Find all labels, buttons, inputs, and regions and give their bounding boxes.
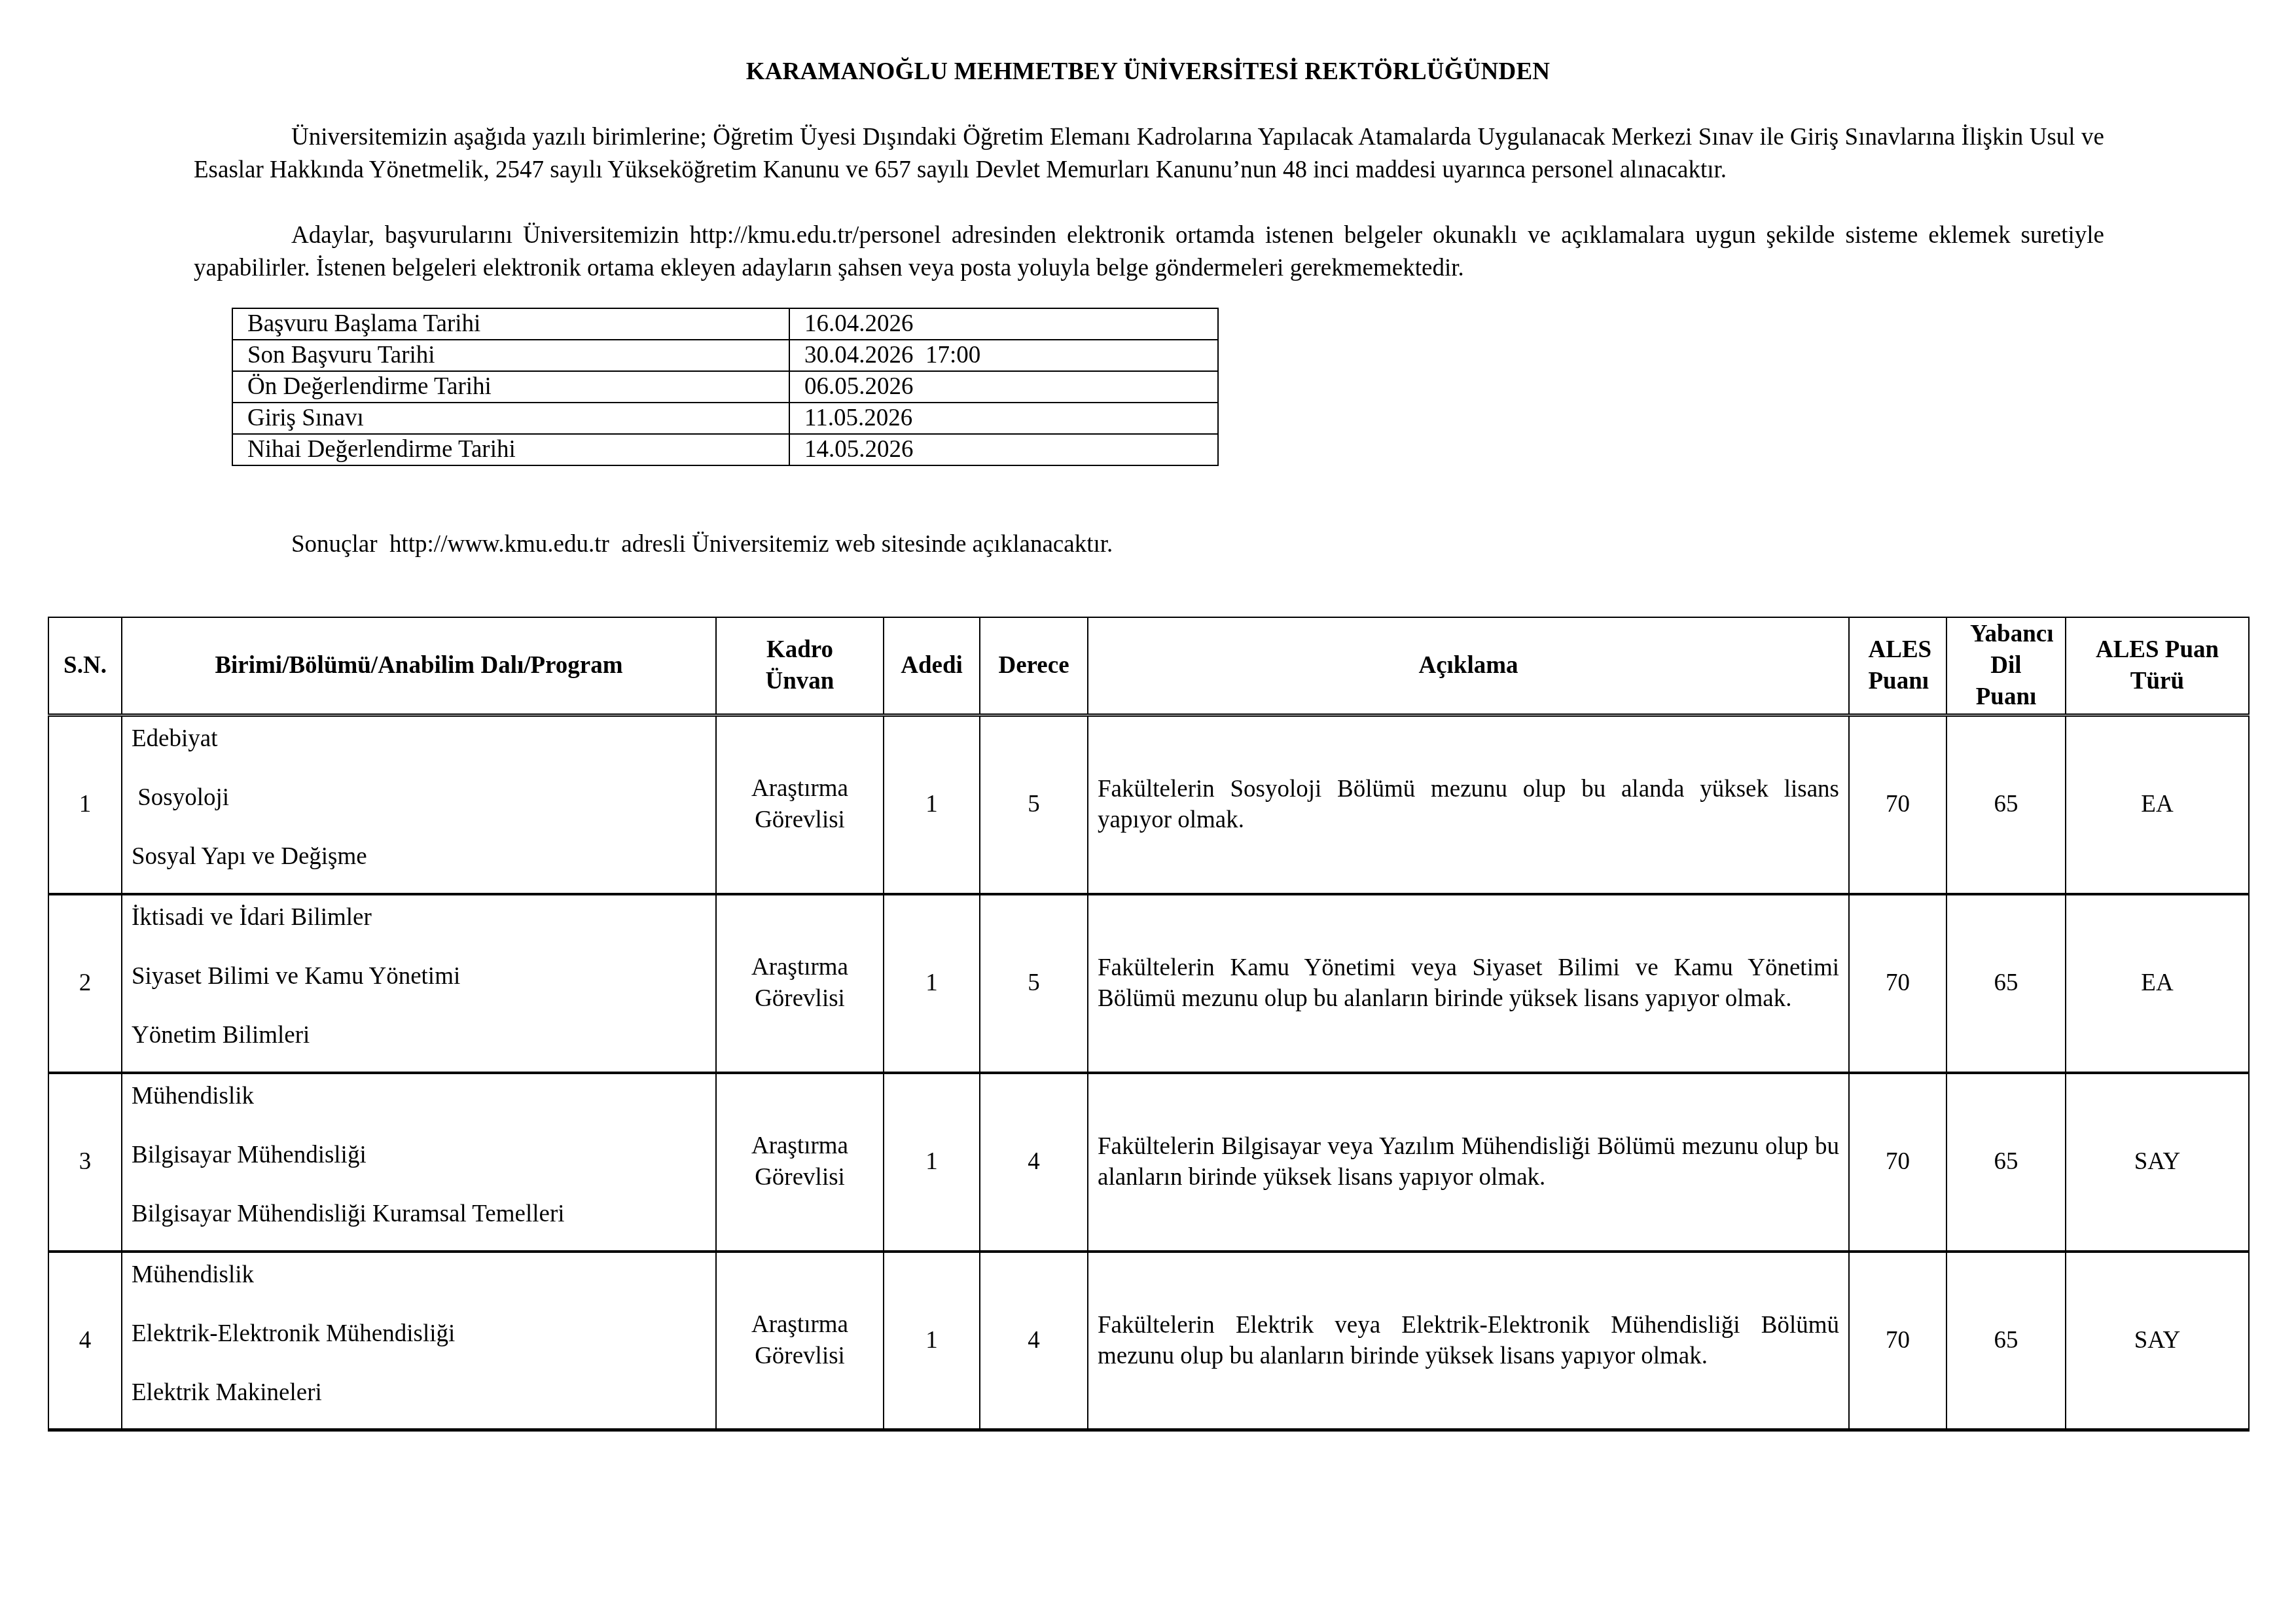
cell-description: Fakültelerin Bilgisayar veya Yazılım Müh… bbox=[1088, 1073, 1849, 1252]
cell-title-text: Araştırma Görevlisi bbox=[747, 1130, 852, 1193]
dates-row: Nihai Değerlendirme Tarihi 14.05.2026 bbox=[232, 434, 1218, 465]
table-row: 1 Edebiyat Sosyoloji Sosyal Yapı ve Deği… bbox=[48, 715, 2249, 894]
intro-paragraph-2: Adaylar, başvurularını Üniversitemizin h… bbox=[194, 219, 2104, 285]
table-header-row: S.N. Birimi/Bölümü/Anabilim Dalı/Program… bbox=[48, 617, 2249, 715]
dates-row: Başvuru Başlama Tarihi 16.04.2026 bbox=[232, 308, 1218, 340]
cell-count: 1 bbox=[884, 894, 980, 1073]
unit-faculty: Mühendislik bbox=[132, 1083, 709, 1142]
col-header-description: Açıklama bbox=[1088, 617, 1849, 715]
cell-ales-type: EA bbox=[2066, 715, 2249, 894]
dates-table: Başvuru Başlama Tarihi 16.04.2026 Son Ba… bbox=[232, 308, 1219, 466]
cell-ales: 70 bbox=[1849, 715, 1946, 894]
cell-unit: Mühendislik Bilgisayar Mühendisliği Bilg… bbox=[122, 1073, 716, 1252]
date-label: Son Başvuru Tarihi bbox=[232, 340, 789, 371]
date-value: 16.04.2026 bbox=[789, 308, 1218, 340]
col-header-count: Adedi bbox=[884, 617, 980, 715]
cell-title-text: Araştırma Görevlisi bbox=[747, 1309, 852, 1372]
intro-paragraph-1: Üniversitemizin aşağıda yazılı birimleri… bbox=[194, 121, 2104, 187]
unit-program: Sosyal Yapı ve Değişme bbox=[132, 844, 709, 883]
col-header-title: Kadro Ünvan bbox=[716, 617, 884, 715]
cell-language: 65 bbox=[1946, 1252, 2066, 1430]
unit-faculty: Edebiyat bbox=[132, 726, 709, 785]
cell-language: 65 bbox=[1946, 1073, 2066, 1252]
cell-title-text: Araştırma Görevlisi bbox=[747, 773, 852, 836]
col-header-grade: Derece bbox=[980, 617, 1088, 715]
dates-row: Son Başvuru Tarihi 30.04.2026 17:00 bbox=[232, 340, 1218, 371]
unit-program: Bilgisayar Mühendisliği Kuramsal Temelle… bbox=[132, 1201, 709, 1240]
col-header-ales-type: ALES Puan Türü bbox=[2066, 617, 2249, 715]
cell-title: Araştırma Görevlisi bbox=[716, 715, 884, 894]
document-title: KARAMANOĞLU MEHMETBEY ÜNİVERSİTESİ REKTÖ… bbox=[0, 58, 2296, 86]
cell-unit: Edebiyat Sosyoloji Sosyal Yapı ve Değişm… bbox=[122, 715, 716, 894]
cell-count: 1 bbox=[884, 715, 980, 894]
cell-grade: 4 bbox=[980, 1073, 1088, 1252]
cell-ales: 70 bbox=[1849, 894, 1946, 1073]
unit-program: Yönetim Bilimleri bbox=[132, 1022, 709, 1062]
unit-program: Elektrik Makineleri bbox=[132, 1380, 709, 1419]
unit-department: Bilgisayar Mühendisliği bbox=[132, 1142, 709, 1201]
cell-description: Fakültelerin Kamu Yönetimi veya Siyaset … bbox=[1088, 894, 1849, 1073]
cell-title: Araştırma Görevlisi bbox=[716, 894, 884, 1073]
cell-grade: 4 bbox=[980, 1252, 1088, 1430]
cell-ales: 70 bbox=[1849, 1252, 1946, 1430]
col-header-language-text: Yabancı Dil Puanı bbox=[1970, 619, 2042, 713]
cell-unit: İktisadi ve İdari Bilimler Siyaset Bilim… bbox=[122, 894, 716, 1073]
col-header-language: Yabancı Dil Puanı bbox=[1946, 617, 2066, 715]
table-row: 3 Mühendislik Bilgisayar Mühendisliği Bi… bbox=[48, 1073, 2249, 1252]
cell-title-text: Araştırma Görevlisi bbox=[747, 952, 852, 1015]
cell-description: Fakültelerin Sosyoloji Bölümü mezunu olu… bbox=[1088, 715, 1849, 894]
unit-department: Elektrik-Elektronik Mühendisliği bbox=[132, 1321, 709, 1380]
cell-grade: 5 bbox=[980, 894, 1088, 1073]
cell-sn: 1 bbox=[48, 715, 122, 894]
date-value: 11.05.2026 bbox=[789, 403, 1218, 434]
col-header-ales: ALES Puanı bbox=[1849, 617, 1946, 715]
cell-ales-type: EA bbox=[2066, 894, 2249, 1073]
cell-unit: Mühendislik Elektrik-Elektronik Mühendis… bbox=[122, 1252, 716, 1430]
col-header-unit: Birimi/Bölümü/Anabilim Dalı/Program bbox=[122, 617, 716, 715]
table-row: 4 Mühendislik Elektrik-Elektronik Mühend… bbox=[48, 1252, 2249, 1430]
dates-row: Giriş Sınavı 11.05.2026 bbox=[232, 403, 1218, 434]
unit-faculty: Mühendislik bbox=[132, 1262, 709, 1321]
cell-language: 65 bbox=[1946, 894, 2066, 1073]
col-header-title-text: Kadro Ünvan bbox=[761, 634, 839, 697]
date-value: 14.05.2026 bbox=[789, 434, 1218, 465]
date-label: Nihai Değerlendirme Tarihi bbox=[232, 434, 789, 465]
cell-count: 1 bbox=[884, 1073, 980, 1252]
cell-ales-type: SAY bbox=[2066, 1073, 2249, 1252]
date-value: 30.04.2026 17:00 bbox=[789, 340, 1218, 371]
date-value: 06.05.2026 bbox=[789, 371, 1218, 403]
cell-sn: 3 bbox=[48, 1073, 122, 1252]
cell-ales-type: SAY bbox=[2066, 1252, 2249, 1430]
dates-row: Ön Değerlendirme Tarihi 06.05.2026 bbox=[232, 371, 1218, 403]
date-label: Ön Değerlendirme Tarihi bbox=[232, 371, 789, 403]
col-header-sn: S.N. bbox=[48, 617, 122, 715]
cell-title: Araştırma Görevlisi bbox=[716, 1252, 884, 1430]
cell-count: 1 bbox=[884, 1252, 980, 1430]
unit-department: Siyaset Bilimi ve Kamu Yönetimi bbox=[132, 964, 709, 1022]
cell-sn: 2 bbox=[48, 894, 122, 1073]
table-row: 2 İktisadi ve İdari Bilimler Siyaset Bil… bbox=[48, 894, 2249, 1073]
positions-table: S.N. Birimi/Bölümü/Anabilim Dalı/Program… bbox=[48, 617, 2250, 1432]
unit-department: Sosyoloji bbox=[132, 785, 709, 844]
date-label: Başvuru Başlama Tarihi bbox=[232, 308, 789, 340]
cell-description: Fakültelerin Elektrik veya Elektrik-Elek… bbox=[1088, 1252, 1849, 1430]
unit-faculty: İktisadi ve İdari Bilimler bbox=[132, 905, 709, 964]
cell-language: 65 bbox=[1946, 715, 2066, 894]
date-label: Giriş Sınavı bbox=[232, 403, 789, 434]
cell-title: Araştırma Görevlisi bbox=[716, 1073, 884, 1252]
col-header-ales-type-text: ALES Puan Türü bbox=[2082, 634, 2233, 697]
results-note: Sonuçlar http://www.kmu.edu.tr adresli Ü… bbox=[291, 530, 1113, 558]
cell-sn: 4 bbox=[48, 1252, 122, 1430]
col-header-ales-text: ALES Puanı bbox=[1869, 634, 1928, 697]
cell-grade: 5 bbox=[980, 715, 1088, 894]
cell-ales: 70 bbox=[1849, 1073, 1946, 1252]
